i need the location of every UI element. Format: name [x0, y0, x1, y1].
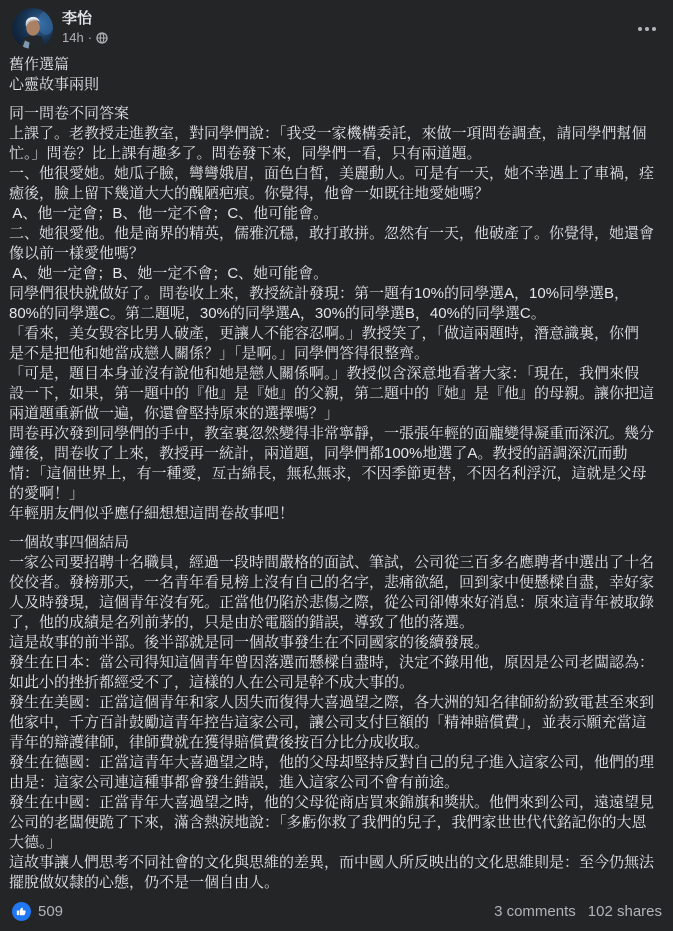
post-text-line: 舊作選篇: [9, 55, 664, 75]
post-text-line: 發生在美國：正當這個青年和家人因失而復得大喜過望之際，各大洲的知名律師紛紛致電甚…: [9, 693, 664, 713]
author-name[interactable]: 李怡: [62, 9, 108, 28]
post-text-line: 公司的老闆便跪了下來，滿含熱淚地說：「多虧你救了我們的兒子，我們家世世代代銘記你…: [9, 813, 664, 833]
profile-photo-graphic: [12, 8, 53, 49]
post-text-line: 一個故事四個結局: [9, 533, 664, 553]
post-meta: 14h ·: [62, 30, 108, 46]
shares-count[interactable]: 102 shares: [588, 903, 662, 920]
profile-picture[interactable]: [12, 8, 53, 49]
post-header-text: 李怡 14h ·: [62, 8, 108, 46]
post-text-line: 癒後，臉上留下幾道大大的醜陋疤痕。你覺得，他會一如既往地愛她嗎？: [9, 184, 664, 204]
post-text-line: 發生在德國：正當這青年大喜過望之時，他的父母却堅持反對自己的兒子進入這家公司，他…: [9, 753, 664, 773]
post-text-line: 這是故事的前半部。後半部就是同一個故事發生在不同國家的後續發展。: [9, 633, 664, 653]
post-text-line: 忙。」問卷？比上課有趣多了。問卷發下來，同學們一看，只有兩道題。: [9, 144, 664, 164]
post-text-line: 大德。」: [9, 833, 664, 853]
ellipsis-icon: [645, 27, 649, 31]
reaction-count[interactable]: 509: [38, 903, 63, 920]
post-text-line: A、他一定會；B、他一定不會；C、他可能會。: [9, 204, 664, 224]
post-text-line: 一家公司要招聘十名職員，經過一段時間嚴格的面試、筆試，公司從三百多名應聘者中選出…: [9, 553, 664, 573]
comment-share-counts: 3 comments 102 shares: [494, 903, 662, 920]
post-text-line: 心靈故事兩則: [9, 75, 664, 95]
comments-count[interactable]: 3 comments: [494, 903, 576, 920]
post-paragraph: 一個故事四個結局一家公司要招聘十名職員，經過一段時間嚴格的面試、筆試，公司從三百…: [9, 533, 664, 893]
post-text-line: 二、她很愛他。他是商界的精英，儒雅沉穩，敢打敢拼。忽然有一天，他破產了。你覺得，…: [9, 224, 664, 244]
post-text-line: 是不是把他和她當成戀人關係？」「是啊。」同學們答得很整齊。: [9, 344, 664, 364]
post-text-line: 80%的同學選C。第二題呢，30%的同學選A，30%的同學選B，40%的同學選C…: [9, 304, 664, 324]
engagement-summary: 509 3 comments 102 shares: [0, 900, 673, 922]
post-text-line: 由是：這家公司連這種事都會發生錯誤，進入這家公司不會有前途。: [9, 773, 664, 793]
timestamp[interactable]: 14h: [62, 30, 84, 46]
facebook-post-card: 李怡 14h · 舊作選篇心靈故事兩則同一問卷不同答案上課了。老教授走進教室，對…: [0, 0, 673, 931]
globe-icon: [96, 32, 108, 44]
post-text-line: 一、他很愛她。她瓜子臉，彎彎娥眉，面色白皙，美麗動人。可是有一天，她不幸遇上了車…: [9, 164, 664, 184]
post-text-line: 「可是，題目本身並沒有說他和她是戀人關係啊。」教授似含深意地看著大家：「現在，我…: [9, 364, 664, 384]
post-text-line: 發生在中國：正當青年大喜過望之時，他的父母從商店買來錦旗和獎狀。他們來到公司，遠…: [9, 793, 664, 813]
post-text-line: 設一下，如果，第一題中的『他』是『她』的父親，第二題中的『她』是『他』的母親。讓…: [9, 384, 664, 404]
post-text-line: 人及時發現，這個青年沒有死。正當他仍陷於悲傷之際，從公司卻傳來好消息：原來這青年…: [9, 593, 664, 613]
post-header: 李怡 14h ·: [0, 0, 673, 49]
post-text-line: 兩道題重新做一遍，你還會堅持原來的選擇嗎？」: [9, 404, 664, 424]
post-text-line: 擺脫做奴隸的心態，仍不是一個自由人。: [9, 873, 664, 893]
post-text-line: A、她一定會；B、她一定不會；C、她可能會。: [9, 264, 664, 284]
post-text-line: 同學們很快就做好了。問卷收上來，教授統計發現：第一題有10%的同學選A，10%同…: [9, 284, 664, 304]
post-text-line: 的愛啊！」: [9, 484, 664, 504]
post-text-line: 上課了。老教授走進教室，對同學們說：「我受一家機構委託，來做一項問卷調查，請同學…: [9, 124, 664, 144]
post-text-line: 發生在日本：當公司得知這個青年曾因落選而懸樑自盡時，決定不錄用他，原因是公司老闆…: [9, 653, 664, 673]
ellipsis-icon: [638, 27, 642, 31]
post-text-line: 他家中，千方百計鼓勵這青年控告這家公司，讓公司支付巨額的「精神賠償費」，並表示願…: [9, 713, 664, 733]
post-text-line: 同一問卷不同答案: [9, 104, 664, 124]
post-text-line: 佼佼者。發榜那天，一名青年看見榜上沒有自己的名字，悲痛欲絕，回到家中便懸樑自盡，…: [9, 573, 664, 593]
post-text-line: 年輕朋友們似乎應仔細想想這問卷故事吧！: [9, 504, 664, 524]
post-text-line: 問卷再次發到同學們的手中，教室裏忽然變得非常寧靜，一張張年輕的面龐變得凝重而深沉…: [9, 424, 664, 444]
post-text-line: 了，他的成績是名列前茅的，只是由於電腦的錯誤，導致了他的落選。: [9, 613, 664, 633]
ellipsis-icon: [652, 27, 656, 31]
post-text-line: 如此小的挫折都經受不了，這樣的人在公司是幹不成大事的。: [9, 673, 664, 693]
post-text-line: 鐘後，問卷收了上來，教授再一統計，兩道題，同學們都100%地選了A。教授的語調深…: [9, 444, 664, 464]
post-content: 舊作選篇心靈故事兩則同一問卷不同答案上課了。老教授走進教室，對同學們說：「我受一…: [0, 55, 673, 893]
reactions-summary[interactable]: 509: [12, 902, 63, 921]
post-paragraph: 舊作選篇心靈故事兩則: [9, 55, 664, 95]
thumbs-up-icon: [12, 902, 31, 921]
post-text-line: 這故事讓人們思考不同社會的文化與思維的差異，而中國人所反映出的文化思維則是：至今…: [9, 853, 664, 873]
more-options-button[interactable]: [634, 21, 660, 37]
post-text-line: 「看來，美女毀容比男人破產，更讓人不能容忍啊。」教授笑了，「做這兩題時，潛意識裏…: [9, 324, 664, 344]
post-text-line: 像以前一樣愛他嗎？: [9, 244, 664, 264]
post-text-line: 青年的辯護律師，律師費就在獲得賠償費後按百分比分成收取。: [9, 733, 664, 753]
meta-separator: ·: [88, 30, 92, 46]
post-paragraph: 同一問卷不同答案上課了。老教授走進教室，對同學們說：「我受一家機構委託，來做一項…: [9, 104, 664, 524]
post-text-line: 情：「這個世界上，有一種愛，亙古綿長，無私無求，不因季節更替，不因名利浮沉，這就…: [9, 464, 664, 484]
